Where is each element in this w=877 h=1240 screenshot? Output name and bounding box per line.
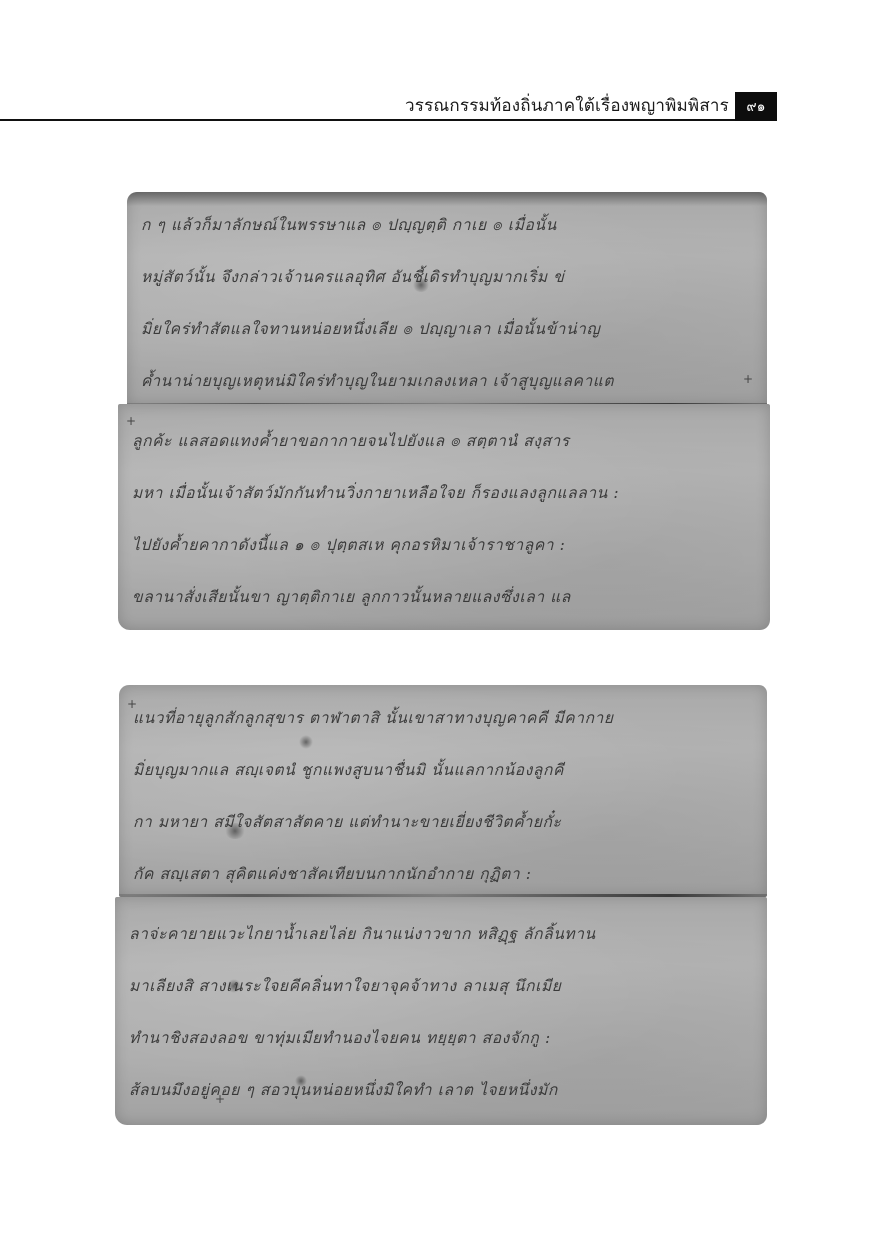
margin-cross-mark: +: [126, 414, 136, 428]
script-line: แนวที่อายุลูกสักลูกสุขาร ตาฬาตาสิ นั้นเข…: [133, 703, 751, 733]
running-header: วรรณกรรมท้องถิ่นภาคใต้เรื่องพญาพิมพิสาร …: [0, 88, 777, 122]
script-line: ลูกค้ะ แลสอดแทงค้ำยาขอกากายจนไปยังแล ๏ ส…: [132, 426, 754, 456]
script-line: มาเลียงสิ สางเนระใจยคีคลิ่นทาใจยาจุคจ้าท…: [129, 971, 751, 1001]
ink-stain: [227, 979, 241, 993]
margin-cross-mark: +: [215, 1092, 225, 1106]
script-line: กัค สญฺเสตา สุคิตแค่งชาสัคเทียบนกากนักอำ…: [133, 859, 751, 889]
manuscript-leaf: ลาจ่ะคายายแวะไกยาน้ำเลยไล่ย กินาแน่งาวขา…: [115, 897, 767, 1125]
ink-stain: [299, 735, 313, 749]
script-text-block: ลูกค้ะ แลสอดแทงค้ำยาขอกากายจนไปยังแล ๏ ส…: [132, 426, 754, 612]
manuscript-photo-2: แนวที่อายุลูกสักลูกสุขาร ตาฬาตาสิ นั้นเข…: [115, 685, 770, 1125]
header-rule: [0, 119, 736, 121]
script-line: ขลานาสั่งเสียนั้นขา ญาตฺติกาเย ลูกกาวนั้…: [132, 582, 754, 612]
script-line: มหา เมื่อนั้นเจ้าสัตว์มักกันทำนวิ่งกายาเ…: [132, 478, 754, 508]
script-line: ค้ำนาน่ายบุญเหตุหน่มิใคร่ทำบุญในยามเกลงเ…: [141, 366, 751, 396]
script-line: มิ่ยใคร่ทำสัตแลใจทานหน่อยหนึ่งเลีย ๏ ปญฺ…: [141, 314, 751, 344]
leaf-edge-shadow: [127, 192, 767, 206]
margin-cross-mark: +: [127, 697, 137, 711]
manuscript-leaf: ลูกค้ะ แลสอดแทงค้ำยาขอกากายจนไปยังแล ๏ ส…: [118, 404, 770, 630]
ink-stain: [412, 278, 430, 292]
manuscript-leaf: แนวที่อายุลูกสักลูกสุขาร ตาฬาตาสิ นั้นเข…: [119, 685, 767, 897]
script-line: มิ่ยบุญมากแล สญฺเจตนํ ชูกแพงสูบนาชื่นมิ …: [133, 755, 751, 785]
script-line: ทำนาชิงสองลอข ขาทุ่มเมียทำนองไจยคน ทยฺยฺ…: [129, 1023, 751, 1053]
manuscript-photo-1: ก ๆ แล้วก็มาลักษณ์ในพรรษาแล ๏ ปญฺญตฺติ ก…: [115, 192, 770, 630]
running-header-title: วรรณกรรมท้องถิ่นภาคใต้เรื่องพญาพิมพิสาร: [405, 92, 729, 119]
ink-stain: [295, 1075, 307, 1087]
script-text-block: แนวที่อายุลูกสักลูกสุขาร ตาฬาตาสิ นั้นเข…: [133, 703, 751, 889]
script-text-block: ก ๆ แล้วก็มาลักษณ์ในพรรษาแล ๏ ปญฺญตฺติ ก…: [141, 210, 751, 396]
script-line: ลาจ่ะคายายแวะไกยาน้ำเลยไล่ย กินาแน่งาวขา…: [129, 919, 751, 949]
margin-cross-mark: +: [743, 372, 753, 386]
script-text-block: ลาจ่ะคายายแวะไกยาน้ำเลยไล่ย กินาแน่งาวขา…: [129, 919, 751, 1105]
script-line: ก ๆ แล้วก็มาลักษณ์ในพรรษาแล ๏ ปญฺญตฺติ ก…: [141, 210, 751, 240]
ink-stain: [224, 823, 246, 839]
script-line: ไปยังค้ำยคากาดังนี้แล ๑ ๏ ปุตฺตสเห คุกอร…: [132, 530, 754, 560]
script-line: หมู่สัตว์นั้น จึงกล่าวเจ้านครแลอุทิศ อัน…: [141, 262, 751, 292]
page-number: ๙๑: [735, 92, 777, 121]
manuscript-leaf: ก ๆ แล้วก็มาลักษณ์ในพรรษาแล ๏ ปญฺญตฺติ ก…: [127, 192, 767, 406]
